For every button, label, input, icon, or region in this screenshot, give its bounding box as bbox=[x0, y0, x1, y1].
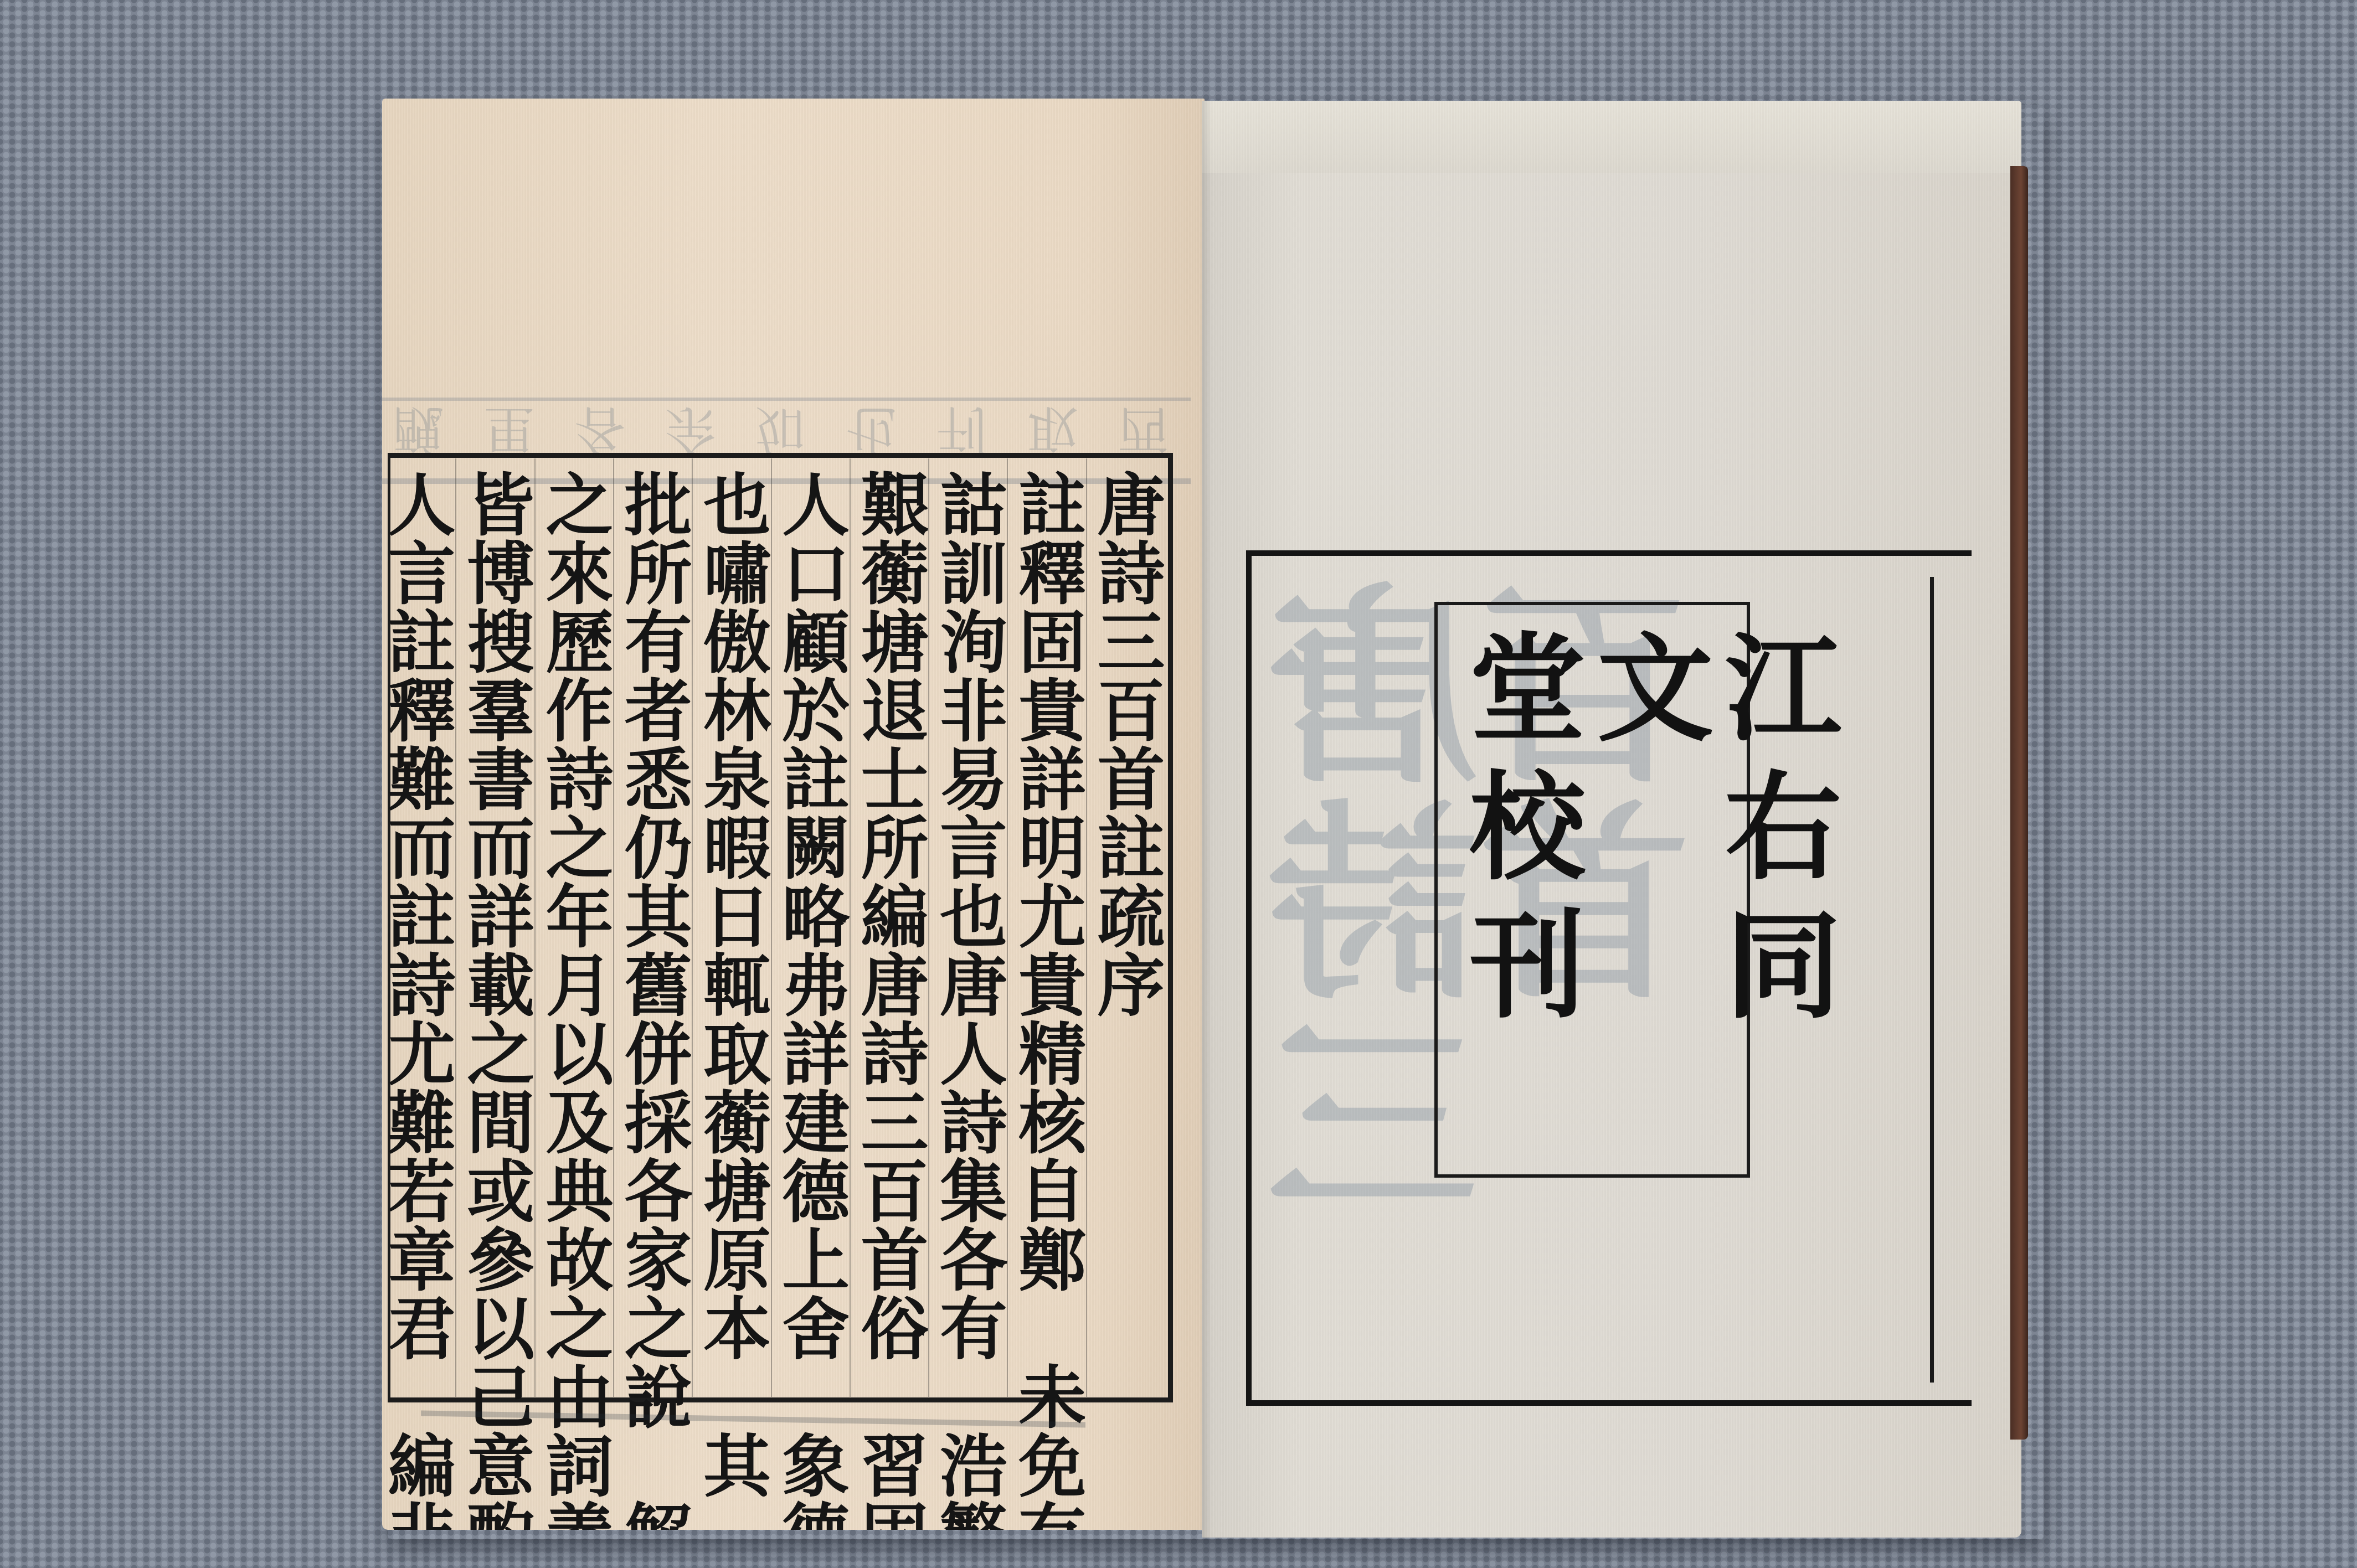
text-column-10: 人言註釋難而註詩尤難若章君 編非積十數 bbox=[382, 458, 455, 1397]
text-columns: 唐詩三百首註疏序 註釋固貴詳明尤貴精核自鄭 未免有誤則 詁訓洵非易言也唐人詩集各… bbox=[392, 458, 1165, 1397]
imprint-slip: 江右同文 堂校刊 bbox=[1434, 602, 1750, 1178]
text-column-9: 皆博搜羣書而詳載之間或參以己意酌為訂正昔 bbox=[455, 458, 534, 1397]
text-column-4: 艱蘅塘退士所編唐詩三百首俗 習固已膾炙 bbox=[850, 458, 928, 1397]
text-column-8: 之來歷作詩之年月以及典故之由詞義之貫串 bbox=[534, 458, 613, 1397]
text-column-6: 也嘯傲林泉暇日輒取蘅塘原本 其 註解旁 bbox=[692, 458, 770, 1397]
imprint-column-1: 江右同文 bbox=[1582, 627, 1838, 1152]
left-page: 西取刊也如余各里醜 唐詩三百首註疏序 註釋固貴詳明尤貴精核自鄭 未免有誤則 詁訓… bbox=[382, 99, 1205, 1530]
text-column-7: 批所有者悉仍其舊併採各家之說 解衍之凡題 bbox=[613, 458, 692, 1397]
imprint-column-2: 堂校刊 bbox=[1454, 627, 1582, 1152]
right-page: 唐詩三百首 江右同文 堂校刊 bbox=[1202, 101, 2021, 1538]
text-column-3: 詁訓洵非易言也唐人詩集各有 浩繁購置維 bbox=[928, 458, 1007, 1397]
fold-crease bbox=[1202, 101, 1212, 1538]
text-column-5: 人口顧於註闕略弗詳建德上舍 象德績學士 bbox=[771, 458, 850, 1397]
text-column-2: 註釋固貴詳明尤貴精核自鄭 未免有誤則 bbox=[1007, 458, 1085, 1397]
book-cover-edge bbox=[2010, 166, 2028, 1440]
preface-title-column: 唐詩三百首註疏序 bbox=[1086, 458, 1165, 1397]
frame-inner-rule bbox=[1930, 577, 1934, 1383]
